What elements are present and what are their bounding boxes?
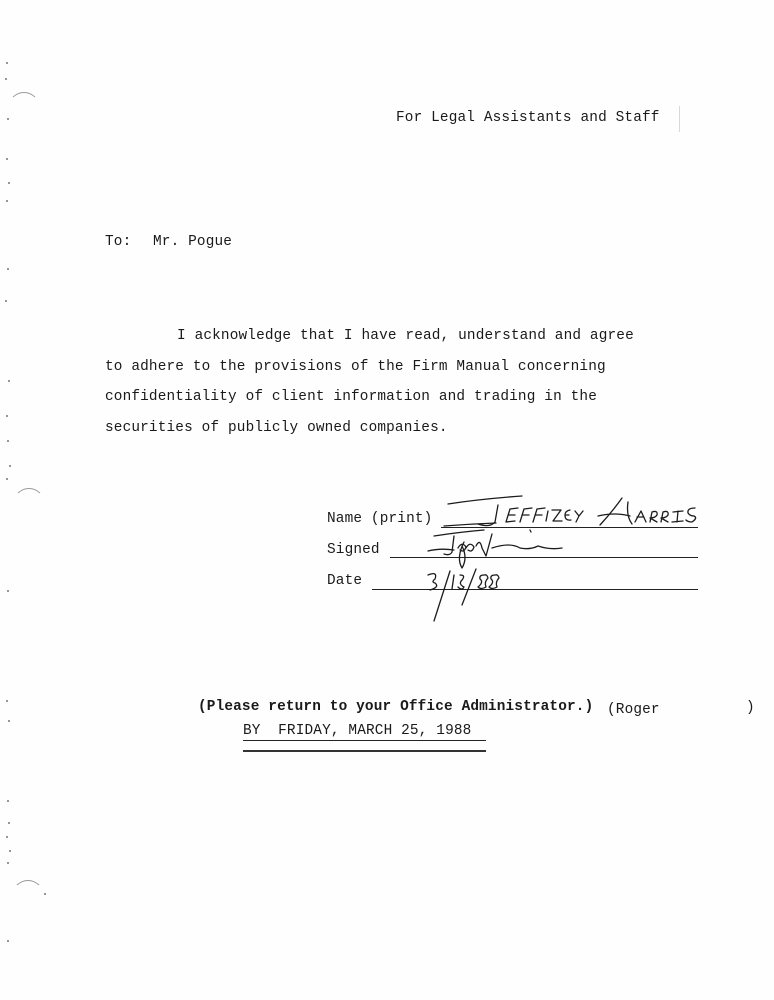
handwritten-date: 3/18/88 xyxy=(424,565,514,627)
document-page: For Legal Assistants and Staff To: Mr. P… xyxy=(0,0,774,1000)
administrator-name: (Roger xyxy=(607,703,660,717)
deadline-double-underline xyxy=(243,750,486,752)
deadline-underline xyxy=(243,740,486,741)
handwritten-signature: [signature] xyxy=(420,528,580,570)
punch-hole-mark xyxy=(8,92,40,124)
date-label: Date xyxy=(327,574,362,588)
administrator-name-close: ) xyxy=(746,701,755,715)
paragraph-line: confidentiality of client information an… xyxy=(105,390,597,404)
to-label: To: xyxy=(105,235,131,249)
recipient-name: Mr. Pogue xyxy=(153,235,232,249)
punch-hole-mark xyxy=(13,488,45,520)
paragraph-line: to adhere to the provisions of the Firm … xyxy=(105,360,606,374)
paragraph-line: I acknowledge that I have read, understa… xyxy=(177,329,634,343)
name-print-label: Name (print) xyxy=(327,512,432,526)
document-header: For Legal Assistants and Staff xyxy=(396,111,660,125)
header-margin-rule xyxy=(679,106,680,132)
signed-label: Signed xyxy=(327,543,380,557)
handwritten-name: JEFFREY HARRIS xyxy=(440,492,720,532)
punch-hole-mark xyxy=(12,880,44,912)
return-deadline: BY FRIDAY, MARCH 25, 1988 xyxy=(243,724,471,738)
return-instruction: (Please return to your Office Administra… xyxy=(198,700,593,714)
date-field[interactable] xyxy=(372,589,698,590)
paragraph-line: securities of publicly owned companies. xyxy=(105,421,448,435)
